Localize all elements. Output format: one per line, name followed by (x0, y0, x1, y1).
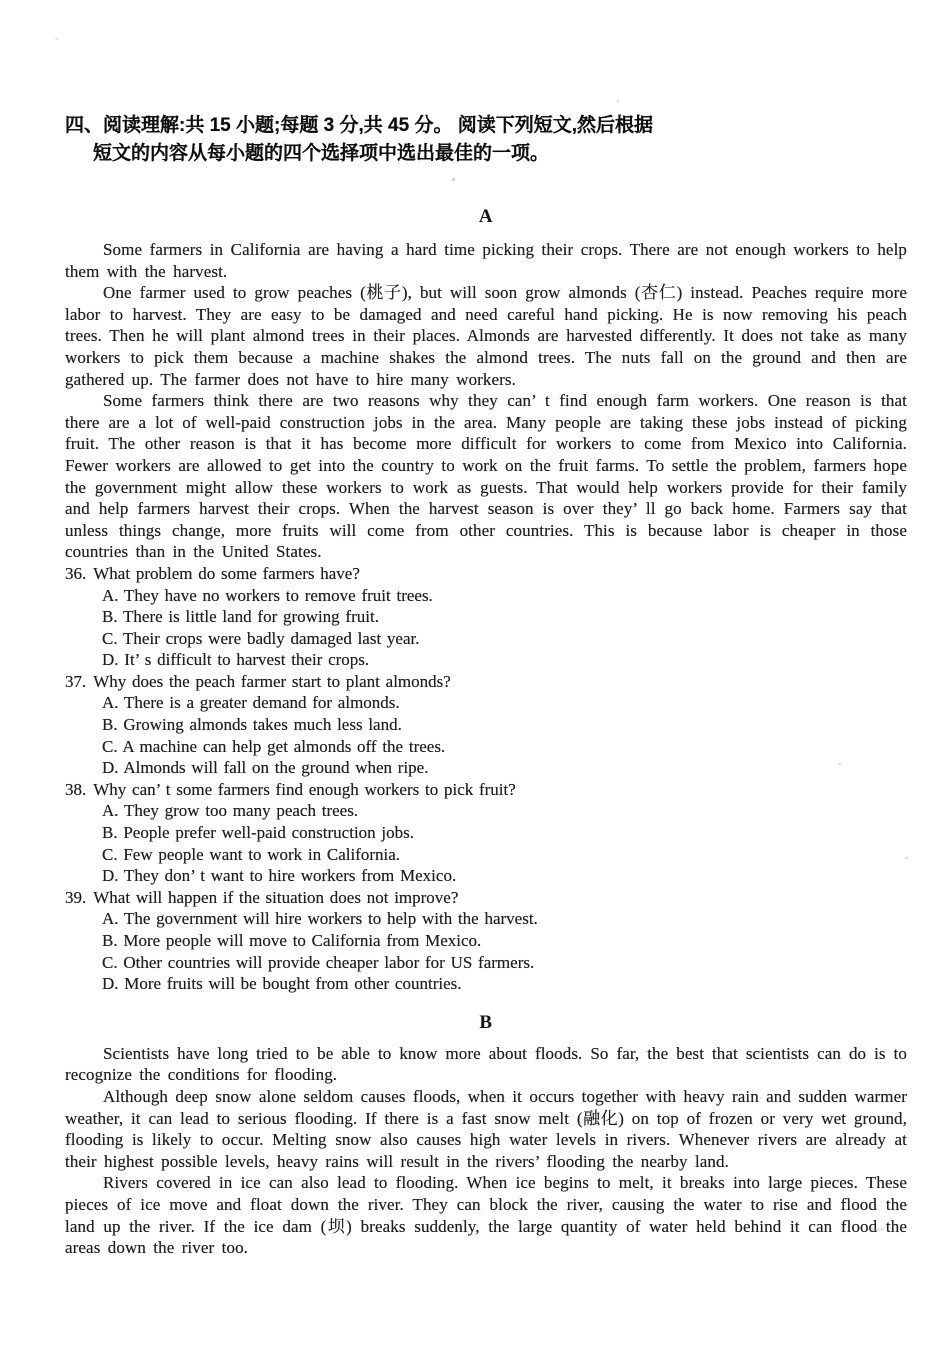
question-37-option-a: A. There is a greater demand for almonds… (102, 692, 907, 714)
question-37-option-c: C. A machine can help get almonds off th… (102, 736, 907, 758)
scan-artifact (55, 38, 59, 40)
passage-a-paragraph-1: Some farmers in California are having a … (65, 239, 907, 282)
passage-a-paragraph-3: Some farmers think there are two reasons… (65, 390, 907, 563)
scan-artifact (617, 100, 619, 103)
question-36-stem: 36.What problem do some farmers have? (65, 563, 907, 585)
question-38-option-c: C. Few people want to work in California… (102, 844, 907, 866)
scan-artifact (838, 763, 841, 765)
question-36-option-c: C. Their crops were badly damaged last y… (102, 628, 907, 650)
question-38-text: Why can’ t some farmers find enough work… (93, 780, 516, 799)
passage-b-label: B (65, 1012, 907, 1034)
question-38-option-b: B. People prefer well-paid construction … (102, 822, 907, 844)
question-39-text: What will happen if the situation does n… (93, 888, 458, 907)
question-36-option-b: B. There is little land for growing frui… (102, 606, 907, 628)
question-36-option-d: D. It’ s difficult to harvest their crop… (102, 649, 907, 671)
question-37: 37.Why does the peach farmer start to pl… (65, 671, 907, 779)
question-36-number: 36. (65, 564, 86, 583)
passage-a-label: A (65, 206, 907, 228)
question-38-option-a: A. They grow too many peach trees. (102, 800, 907, 822)
section-instructions: 四、阅读理解:共 15 小题;每题 3 分,共 45 分。 阅读下列短文,然后根… (65, 112, 725, 168)
question-39: 39.What will happen if the situation doe… (65, 887, 907, 995)
question-37-stem: 37.Why does the peach farmer start to pl… (65, 671, 907, 693)
question-36-option-a: A. They have no workers to remove fruit … (102, 585, 907, 607)
question-37-option-b: B. Growing almonds takes much less land. (102, 714, 907, 736)
question-38: 38.Why can’ t some farmers find enough w… (65, 779, 907, 887)
exam-page: 四、阅读理解:共 15 小题;每题 3 分,共 45 分。 阅读下列短文,然后根… (0, 0, 950, 1345)
question-39-stem: 39.What will happen if the situation doe… (65, 887, 907, 909)
question-38-stem: 38.Why can’ t some farmers find enough w… (65, 779, 907, 801)
passage-b-paragraph-3: Rivers covered in ice can also lead to f… (65, 1172, 907, 1258)
question-39-option-d: D. More fruits will be bought from other… (102, 973, 907, 995)
scan-artifact (868, 1228, 884, 1231)
scan-artifact (905, 857, 908, 859)
scan-artifact (452, 178, 455, 181)
passage-a-paragraph-2: One farmer used to grow peaches (桃子), bu… (65, 282, 907, 390)
question-36-text: What problem do some farmers have? (93, 564, 360, 583)
question-36: 36.What problem do some farmers have? A.… (65, 563, 907, 671)
question-38-number: 38. (65, 780, 86, 799)
question-39-number: 39. (65, 888, 86, 907)
question-38-option-d: D. They don’ t want to hire workers from… (102, 865, 907, 887)
question-39-option-a: A. The government will hire workers to h… (102, 908, 907, 930)
question-39-option-b: B. More people will move to California f… (102, 930, 907, 952)
passage-b-paragraph-1: Scientists have long tried to be able to… (65, 1043, 907, 1086)
instructions-line-1: 四、阅读理解:共 15 小题;每题 3 分,共 45 分。 阅读下列短文,然后根… (65, 112, 725, 140)
questions-block: 36.What problem do some farmers have? A.… (65, 563, 907, 995)
question-39-option-c: C. Other countries will provide cheaper … (102, 952, 907, 974)
passage-b-paragraph-2: Although deep snow alone seldom causes f… (65, 1086, 907, 1172)
question-37-option-d: D. Almonds will fall on the ground when … (102, 757, 907, 779)
scan-artifact (760, 1097, 763, 1099)
question-37-number: 37. (65, 672, 86, 691)
instructions-line-2: 短文的内容从每小题的四个选择项中选出最佳的一项。 (65, 140, 725, 168)
question-37-text: Why does the peach farmer start to plant… (93, 672, 451, 691)
